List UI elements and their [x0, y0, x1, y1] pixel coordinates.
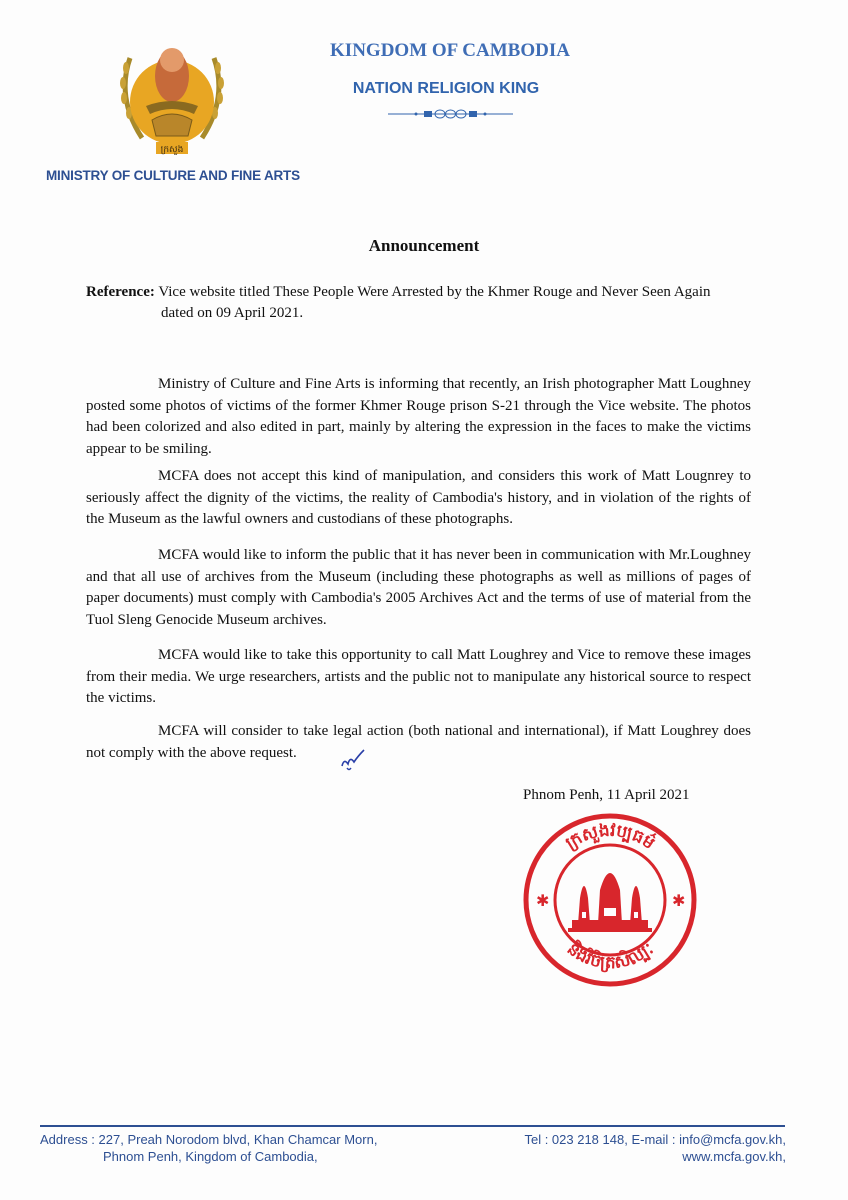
footer-divider — [40, 1125, 785, 1127]
paragraph-text: Ministry of Culture and Fine Arts is inf… — [86, 376, 751, 457]
ministry-name: MINISTRY OF CULTURE AND FINE ARTS — [46, 168, 300, 183]
paragraph-text: MCFA would like to take this opportunity… — [86, 647, 751, 706]
reference-label: Reference: — [86, 284, 155, 300]
svg-text:✱: ✱ — [672, 893, 685, 910]
address-line-2: Phnom Penh, Kingdom of Cambodia, — [40, 1148, 377, 1165]
paragraph-4: MCFA would like to take this opportunity… — [86, 645, 751, 710]
svg-text:និងវិចិត្រសិល្បៈ: និងវិចិត្រសិល្បៈ — [564, 938, 658, 974]
contact-website[interactable]: www.mcfa.gov.kh, — [524, 1148, 786, 1165]
contact-phone-email[interactable]: Tel : 023 218 148, E-mail : info@mcfa.go… — [524, 1131, 786, 1148]
reference-text: Vice website titled These People Were Ar… — [158, 284, 710, 300]
national-motto: NATION RELIGION KING — [0, 80, 848, 98]
place-date: Phnom Penh, 11 April 2021 — [523, 787, 690, 804]
country-heading: KINGDOM OF CAMBODIA — [0, 40, 848, 62]
handwritten-initial-icon — [338, 748, 366, 772]
paragraph-3: MCFA would like to inform the public tha… — [86, 545, 751, 631]
reference-block: Reference: Vice website titled These Peo… — [86, 282, 756, 324]
decorative-divider-icon — [388, 108, 513, 120]
paragraph-text: MCFA does not accept this kind of manipu… — [86, 468, 751, 527]
official-seal-icon: ក្រសួងវប្បធម៌ និងវិចិត្រសិល្បៈ ✱ ✱ — [522, 812, 698, 988]
paragraph-5: MCFA will consider to take legal action … — [86, 721, 751, 764]
footer-address: Address : 227, Preah Norodom blvd, Khan … — [40, 1131, 377, 1165]
paragraph-text: MCFA would like to inform the public tha… — [86, 547, 751, 628]
reference-date: dated on 09 April 2021. — [86, 303, 756, 324]
paragraph-2: MCFA does not accept this kind of manipu… — [86, 466, 751, 531]
paragraph-text: MCFA will consider to take legal action … — [86, 723, 751, 761]
address-line-1: Address : 227, Preah Norodom blvd, Khan … — [40, 1132, 377, 1147]
footer-contact: Tel : 023 218 148, E-mail : info@mcfa.go… — [524, 1131, 786, 1165]
document-title: Announcement — [0, 236, 848, 256]
svg-text:ក្រសួង: ក្រសួង — [161, 144, 184, 155]
paragraph-1: Ministry of Culture and Fine Arts is inf… — [86, 374, 751, 460]
svg-text:✱: ✱ — [536, 893, 549, 910]
